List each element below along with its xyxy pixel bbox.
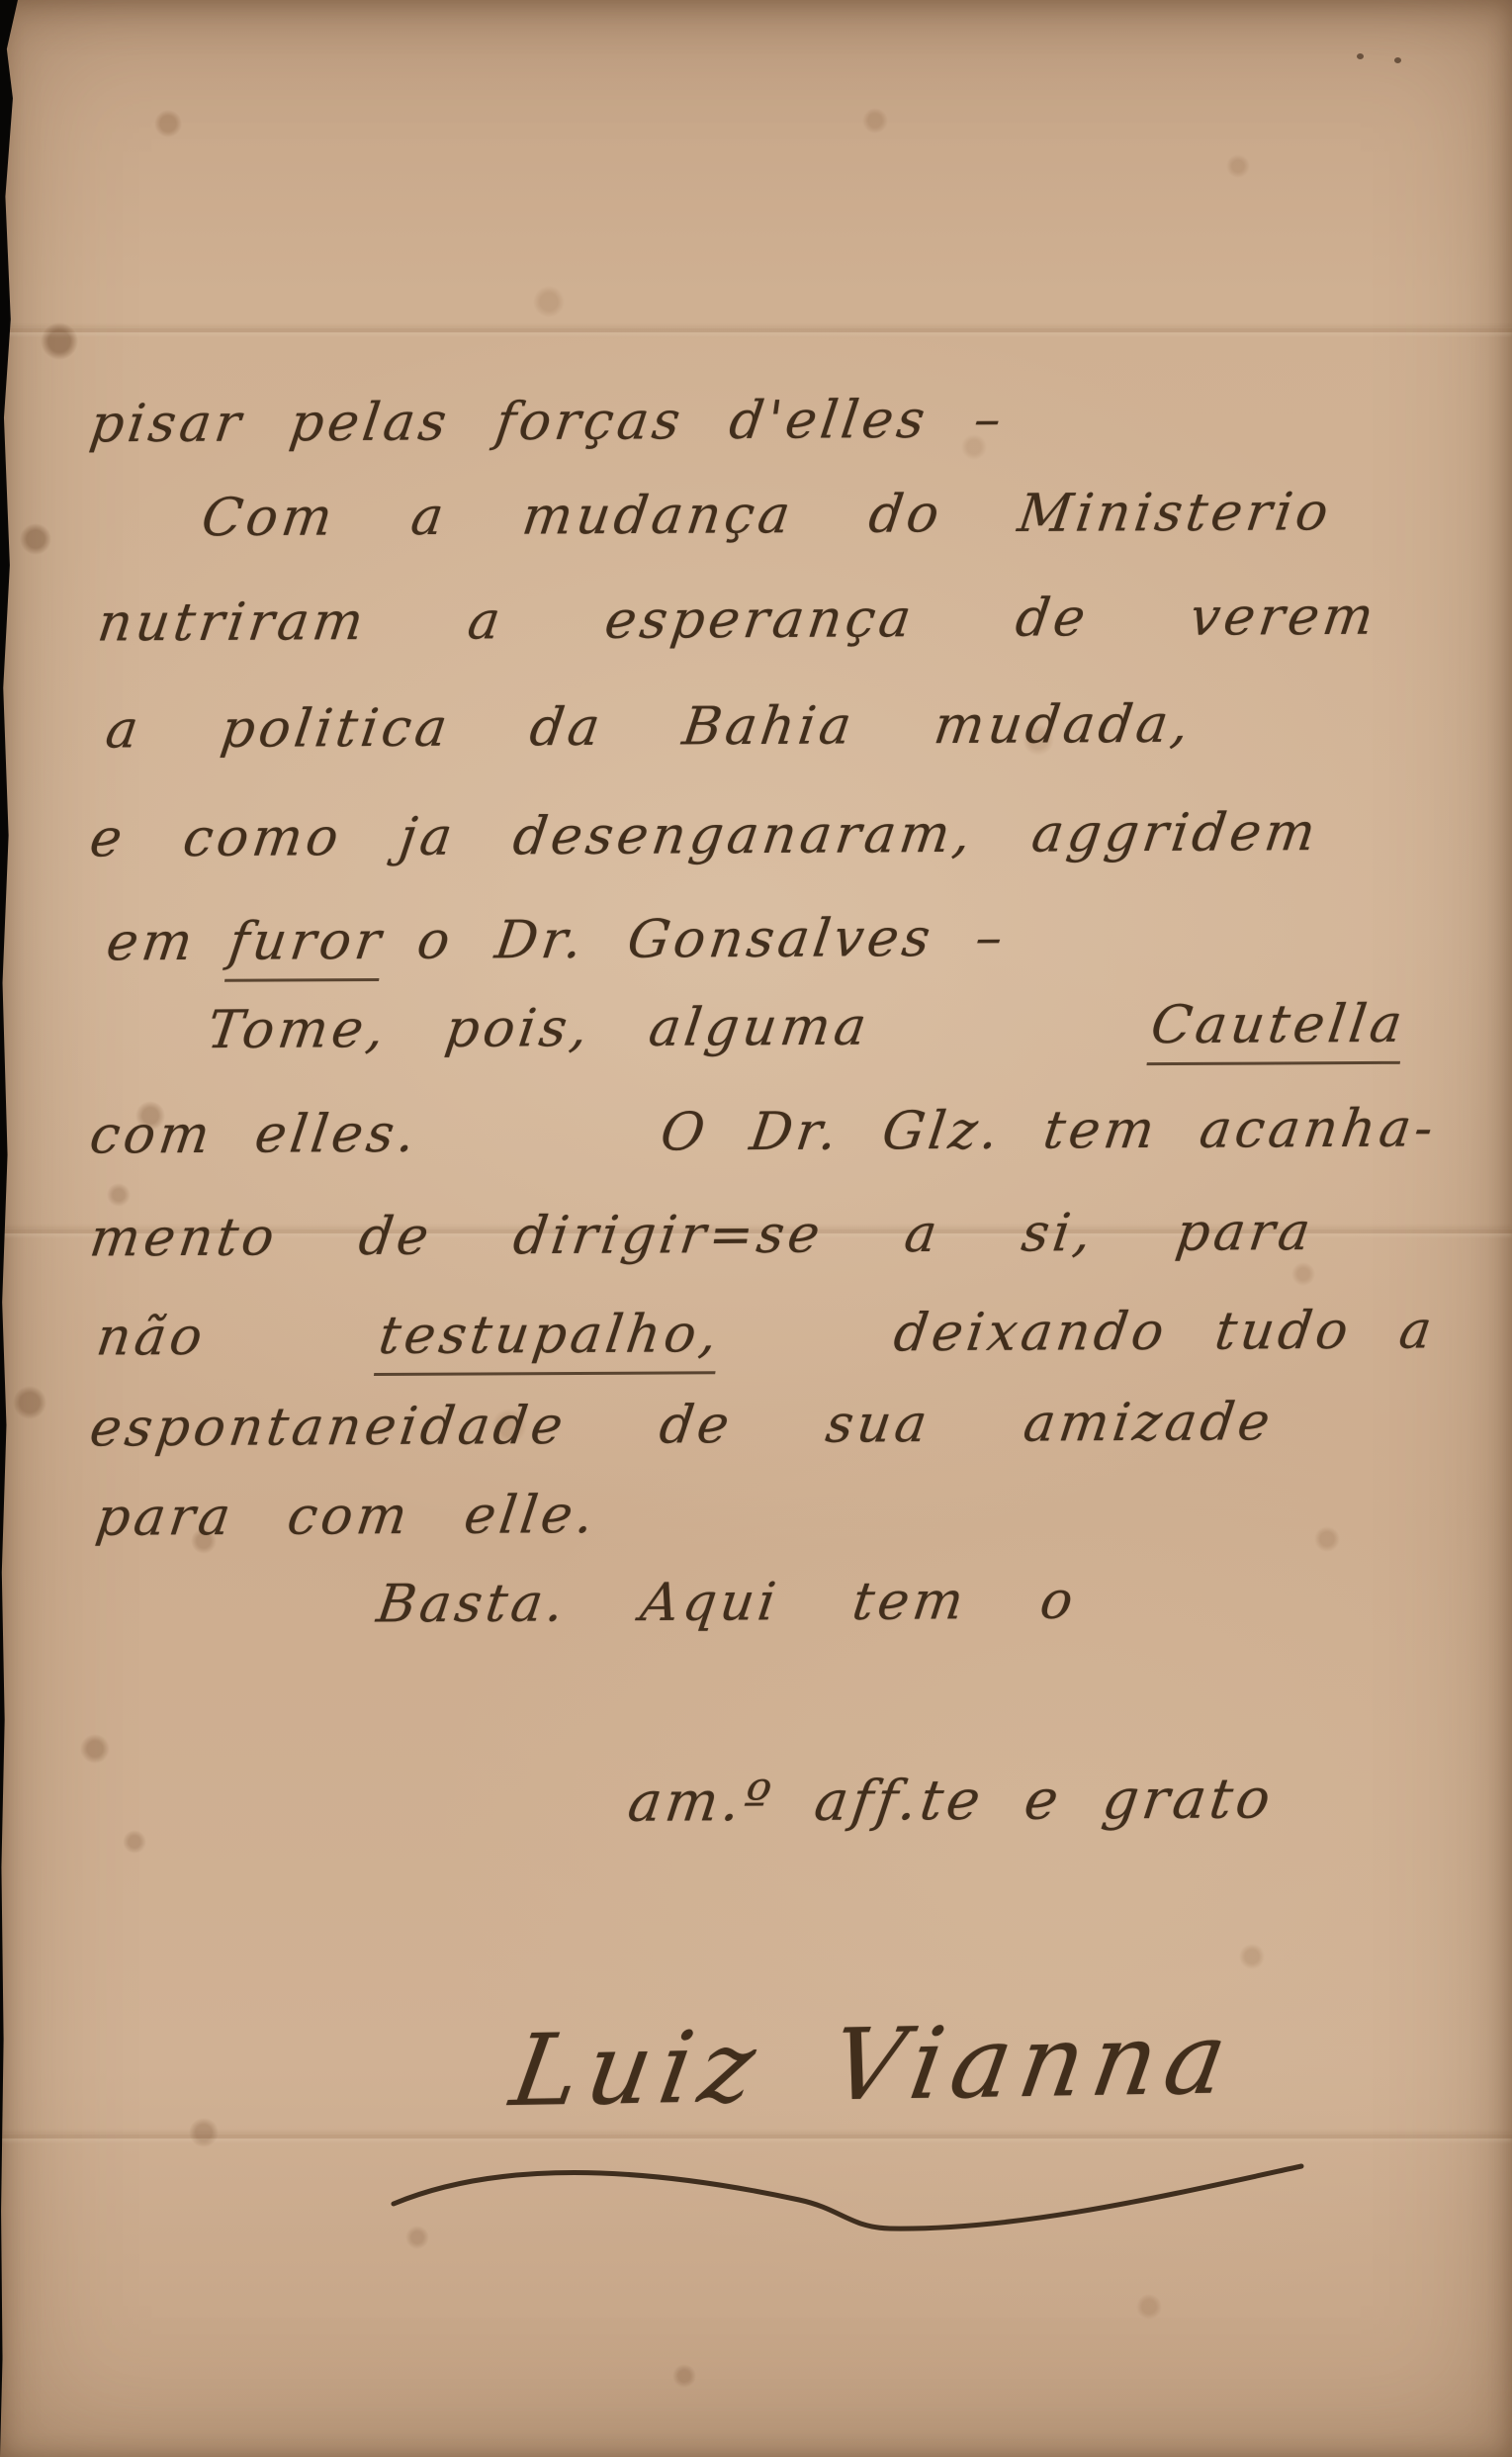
signature: Luiz Vianna [504,1999,1336,2129]
underlined-word: furor [224,911,389,982]
letter-line: pisar pelas forças d'elles – [87,390,986,455]
handwritten-text: a politica da Bahia mudada, [102,694,1196,761]
handwritten-text: o Dr. Gonsalves – [413,908,1010,971]
handwritten-text: em [103,912,200,972]
letter-line: com elles. O Dr. Glz. tem acanha- [86,1098,1440,1165]
underlined-word: Cautella [1146,994,1409,1065]
letter-line: Basta. Aqui tem o [374,1572,936,1635]
letter-page: pisar pelas forças d'elles – Com a mudan… [0,0,1512,2457]
closing-line: am.º aff.te e grato [624,1767,1315,1835]
handwritten-text: Tome, pois, alguma [204,997,873,1060]
flourish-stroke [374,2117,1313,2245]
signature-name: Luiz Vianna [504,2000,1243,2129]
letter-line: espontaneidade de sua amizade [86,1391,1430,1458]
letter-line: a politica da Bahia mudada, [102,693,1416,761]
letter-line: em furor o Dr. Gonsalves – [102,908,1022,983]
handwritten-text: Basta. Aqui tem o [374,1571,1081,1635]
handwritten-text: e como ja desenganaram, aggridem [86,802,1322,868]
signature-flourish [374,2117,1313,2249]
handwritten-text: com elles. [86,1104,422,1166]
fold-crease [0,328,1512,332]
letter-line: nutriram a esperança de verem [94,586,1428,653]
ink-dot [1394,57,1401,63]
handwritten-text: O Dr. Glz. tem acanha- [657,1098,1440,1162]
letter-line: mento de dirigir=se a si, para [86,1202,1410,1269]
letter-line: e como ja desenganaram, aggridem [86,801,1440,868]
handwritten-text: mento de dirigir=se a si, para [86,1202,1317,1268]
letter-line: não testupalho, deixando tudo a [92,1300,1440,1377]
handwritten-text: Com a mudança do Ministerio [198,482,1335,548]
handwritten-text: pisar pelas forças d'elles – [87,390,1010,455]
handwritten-text: espontaneidade de sua amizade [86,1392,1277,1458]
handwritten-text: para com elle. [93,1485,601,1548]
underlined-word: testupalho, [374,1304,725,1376]
ink-dot [1357,53,1364,59]
handwritten-text: não [93,1307,210,1368]
letter-line: Com a mudança do Ministerio [198,482,1443,549]
handwritten-text: nutriram a esperança de verem [94,587,1380,654]
handwritten-text: am.º aff.te e grato [624,1767,1278,1834]
letter-line: Tome, pois, alguma Cautella [203,994,1409,1070]
letter-line: para com elle. [93,1484,774,1548]
handwritten-text: deixando tudo a [890,1300,1439,1363]
